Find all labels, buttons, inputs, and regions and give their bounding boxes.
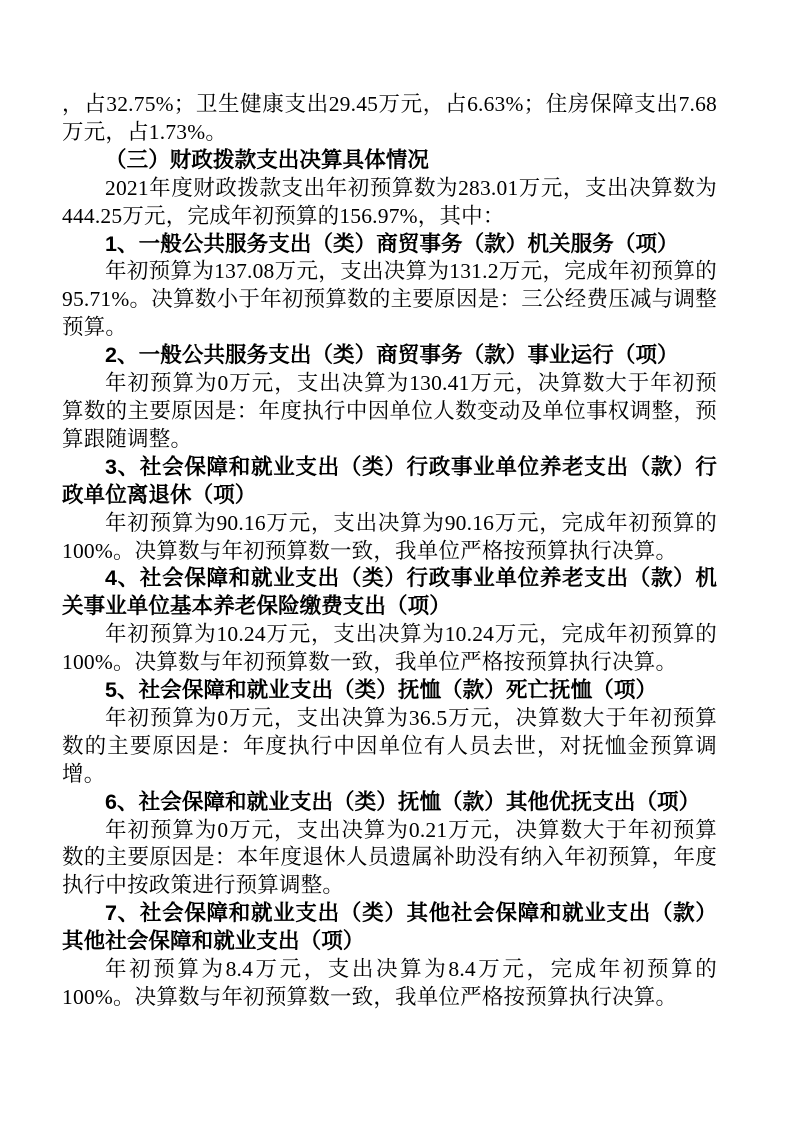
paragraph: 年初预算为0万元，支出决算为36.5万元，决算数大于年初预算数的主要原因是：年度… (62, 705, 717, 789)
document-body: ，占32.75%；卫生健康支出29.45万元，占6.63%；住房保障支出7.68… (62, 91, 717, 1012)
paragraph: 年初预算为0万元，支出决算为130.41万元，决算数大于年初预算数的主要原因是：… (62, 370, 717, 454)
section-heading: 2、一般公共服务支出（类）商贸事务（款）事业运行（项） (62, 342, 717, 370)
section-heading: 6、社会保障和就业支出（类）抚恤（款）其他优抚支出（项） (62, 789, 717, 817)
paragraph: 年初预算为8.4万元，支出决算为8.4万元，完成年初预算的100%。决算数与年初… (62, 956, 717, 1012)
section-heading: 1、一般公共服务支出（类）商贸事务（款）机关服务（项） (62, 231, 717, 259)
section-heading: （三）财政拨款支出决算具体情况 (62, 147, 717, 175)
section-heading: 4、社会保障和就业支出（类）行政事业单位养老支出（款）机关事业单位基本养老保险缴… (62, 565, 717, 621)
paragraph: 年初预算为0万元，支出决算为0.21万元，决算数大于年初预算数的主要原因是：本年… (62, 817, 717, 901)
section-heading: 5、社会保障和就业支出（类）抚恤（款）死亡抚恤（项） (62, 677, 717, 705)
paragraph: 年初预算为137.08万元，支出决算为131.2万元，完成年初预算的95.71%… (62, 258, 717, 342)
document-page: ，占32.75%；卫生健康支出29.45万元，占6.63%；住房保障支出7.68… (0, 0, 793, 1122)
paragraph: 2021年度财政拨款支出年初预算数为283.01万元，支出决算数为444.25万… (62, 175, 717, 231)
paragraph: 年初预算为90.16万元，支出决算为90.16万元，完成年初预算的100%。决算… (62, 510, 717, 566)
paragraph-continuation: ，占32.75%；卫生健康支出29.45万元，占6.63%；住房保障支出7.68… (62, 91, 717, 147)
section-heading: 7、社会保障和就业支出（类）其他社会保障和就业支出（款）其他社会保障和就业支出（… (62, 900, 717, 956)
paragraph: 年初预算为10.24万元，支出决算为10.24万元，完成年初预算的100%。决算… (62, 621, 717, 677)
section-heading: 3、社会保障和就业支出（类）行政事业单位养老支出（款）行政单位离退休（项） (62, 454, 717, 510)
